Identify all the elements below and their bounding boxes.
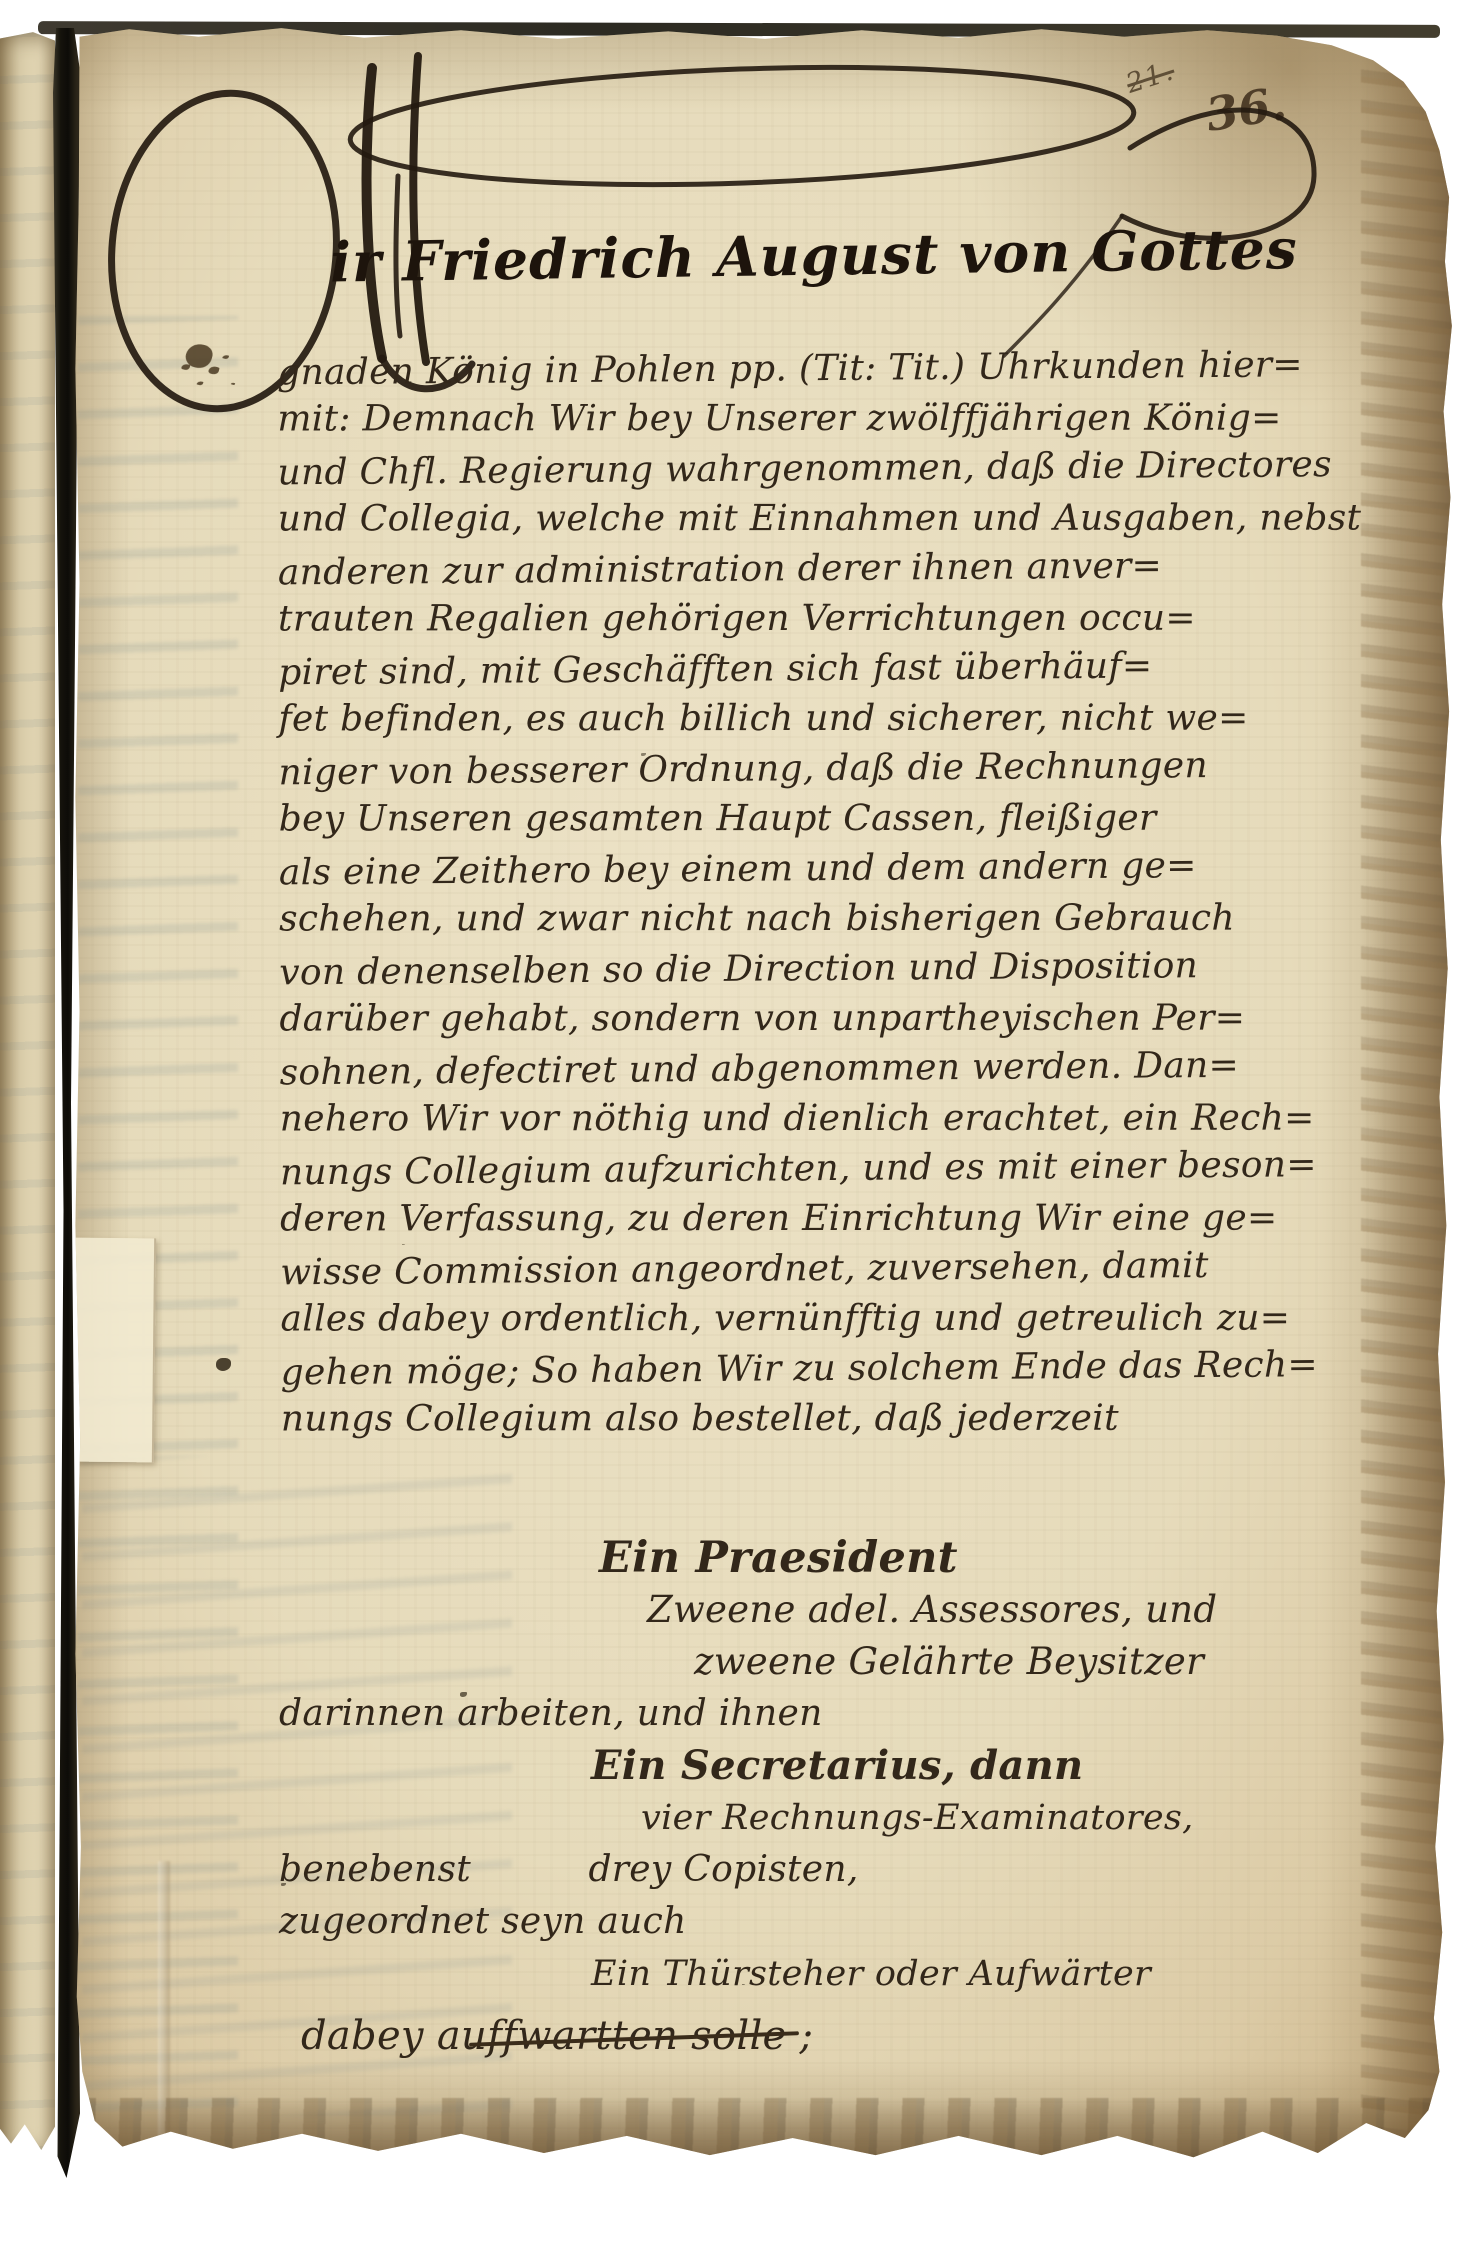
ink-specks xyxy=(216,1358,231,1371)
manuscript-line: deren Verfassung, zu deren Einrichtung W… xyxy=(280,1194,1390,1245)
manuscript-line: alles dabey ordentlich, vernünfftig und … xyxy=(280,1294,1390,1345)
manuscript-line: Ein Praesident xyxy=(599,1532,1409,1584)
manuscript-line: darinnen arbeiten, und ihnen xyxy=(279,1688,1409,1740)
manuscript-line: niger von besserer Ordnung, daß die Rech… xyxy=(278,740,1388,799)
manuscript-line: und Chfl. Regierung wahrgenommen, daß di… xyxy=(277,440,1387,499)
manuscript-line: als eine Zeithero bey einem und dem ande… xyxy=(279,840,1389,899)
manuscript-line: sohnen, defectiret und abgenommen werden… xyxy=(279,1040,1389,1099)
paper-crease xyxy=(158,1861,170,2161)
manuscript-scan: 21. 36. ir Friedrich August von Gottes g… xyxy=(0,0,1460,2251)
heading-text: ir Friedrich August von Gottes xyxy=(330,216,1299,295)
manuscript-line: anderen zur administration derer ihnen a… xyxy=(278,540,1388,599)
manuscript-body: gnaden König in Pohlen pp. (Tit: Tit.) U… xyxy=(277,342,1391,1446)
manuscript-line: und Collegia, welche mit Einnahmen und A… xyxy=(278,494,1388,545)
manuscript-line: nungs Collegium also bestellet, daß jede… xyxy=(281,1394,1391,1445)
manuscript-line: gnaden König in Pohlen pp. (Tit: Tit.) U… xyxy=(277,340,1387,399)
manuscript-line: wisse Commission angeordnet, zuversehen,… xyxy=(280,1240,1390,1299)
manuscript-line: schehen, und zwar nicht nach bisherigen … xyxy=(279,894,1389,945)
manuscript-line: Ein Secretarius, dann xyxy=(591,1740,1409,1792)
manuscript-line: darüber gehabt, sondern von unpartheyisc… xyxy=(279,994,1389,1045)
manuscript-line: Ein Thürsteher oder Aufwärter xyxy=(591,1948,1409,2000)
manuscript-line: benebenst drey Copisten, xyxy=(279,1844,1409,1896)
manuscript-line: dabey auffwartten solle ; xyxy=(301,2010,1409,2062)
manuscript-line: zugeordnet seyn auch xyxy=(279,1896,1409,1948)
paper-repair-patch xyxy=(70,1238,156,1463)
manuscript-page: 21. 36. ir Friedrich August von Gottes g… xyxy=(74,26,1456,2168)
appointment-list: Ein PraesidentZweene adel. Assessores, u… xyxy=(279,1532,1409,2062)
manuscript-line: zweene Gelährte Beysitzer xyxy=(694,1636,1409,1688)
manuscript-line: bey Unseren gesamten Haupt Cassen, fleiß… xyxy=(279,794,1389,845)
manuscript-line: nehero Wir vor nöthig und dienlich erach… xyxy=(280,1094,1390,1145)
torn-bottom-edge xyxy=(74,2098,1456,2168)
manuscript-line: fet befinden, es auch billich und sicher… xyxy=(278,694,1388,745)
manuscript-line: Zweene adel. Assessores, und xyxy=(647,1584,1409,1636)
manuscript-line: gehen möge; So haben Wir zu solchem Ende… xyxy=(280,1340,1390,1399)
manuscript-line: nungs Collegium aufzurichten, und es mit… xyxy=(280,1140,1390,1199)
manuscript-line: piret sind, mit Geschäfften sich fast üb… xyxy=(278,640,1388,699)
manuscript-line: vier Rechnungs-Examinatores, xyxy=(641,1792,1409,1844)
previous-page-edge xyxy=(0,30,55,2165)
manuscript-line: von denenselben so die Direction und Dis… xyxy=(279,940,1389,999)
manuscript-line: trauten Regalien gehörigen Verrichtungen… xyxy=(278,594,1388,645)
manuscript-line: mit: Demnach Wir bey Unserer zwölffjähri… xyxy=(277,394,1387,445)
